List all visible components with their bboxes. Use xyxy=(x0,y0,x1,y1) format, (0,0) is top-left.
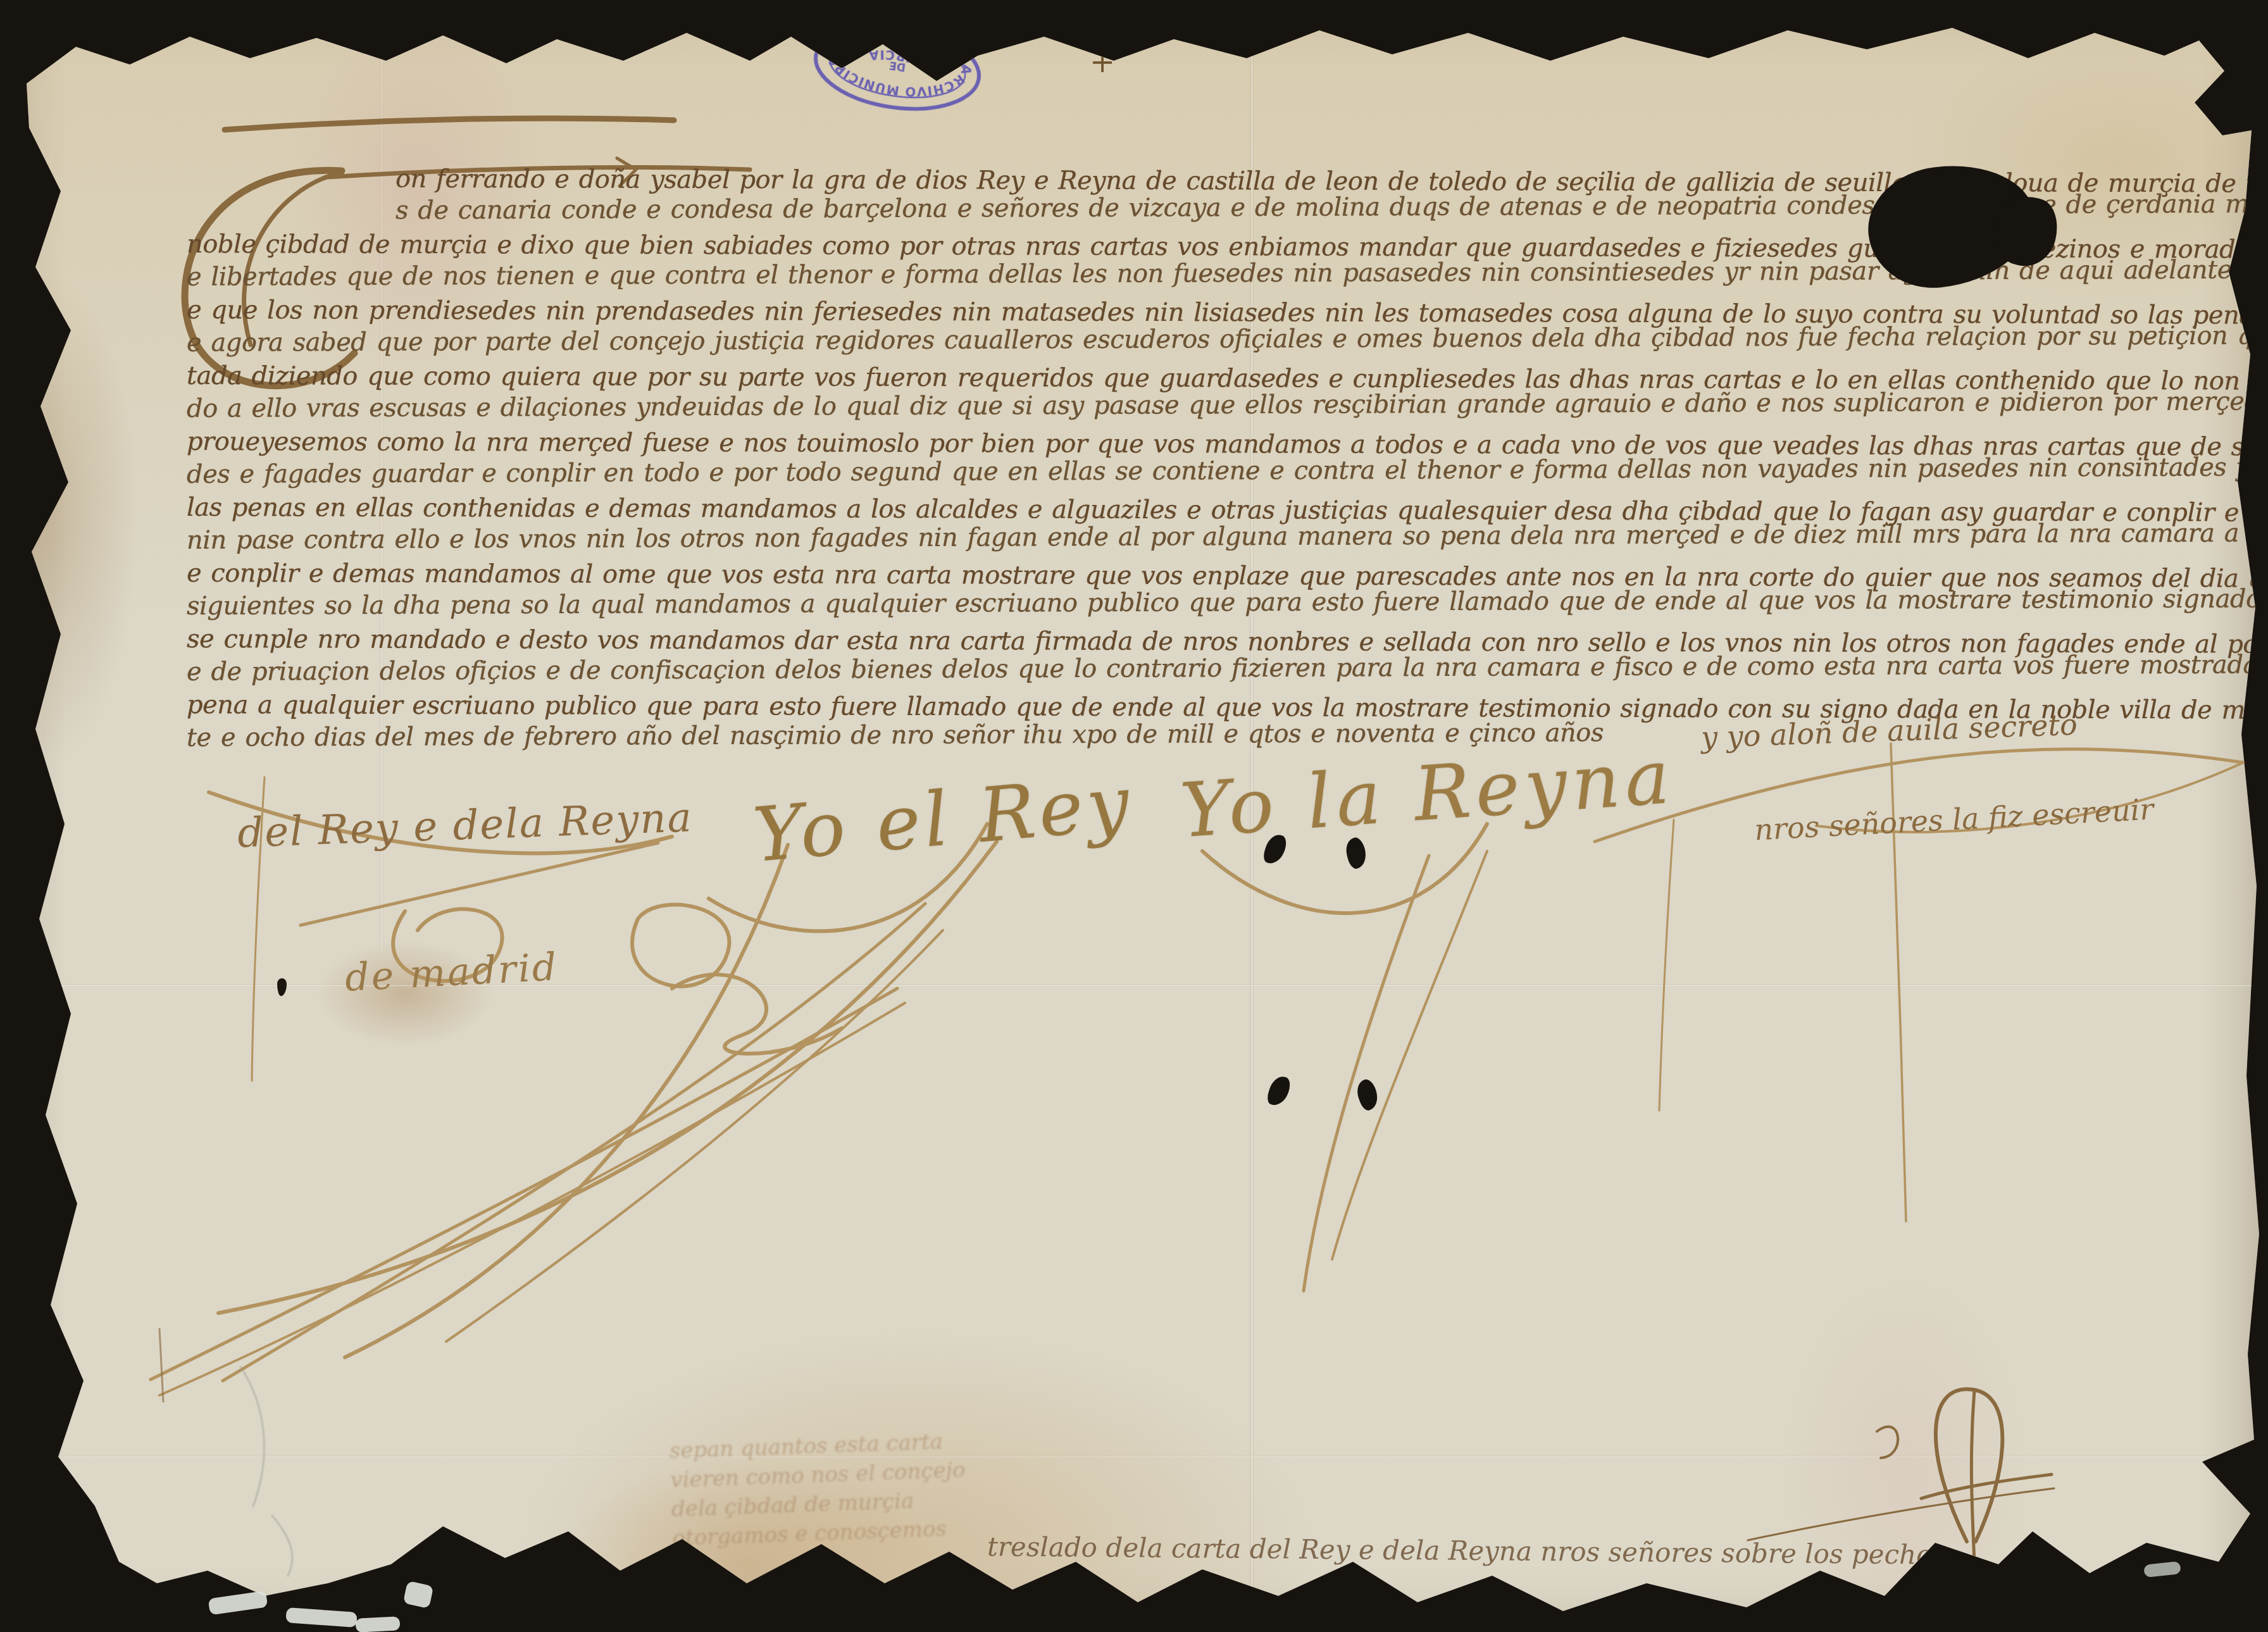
secretary-signature: de madrid xyxy=(344,945,559,1000)
seal-slit xyxy=(1265,1074,1292,1109)
paper-fibre xyxy=(285,1607,357,1628)
manuscript-line: siguientes so la dha pena so la qual man… xyxy=(187,583,2264,623)
parchment-sheet: sepan quantos esta carta vieren como nos… xyxy=(0,0,2268,1632)
manuscript-line: e agora sabed que por parte del conçejo … xyxy=(187,320,2264,359)
archive-stamp: ARCHIVO MUNICIPAL DE MURCIA xyxy=(806,11,989,123)
cross-mark: + xyxy=(1090,44,1115,80)
paper-fibre xyxy=(208,1591,268,1616)
header-flourish-stroke xyxy=(225,118,674,130)
paraph-mark xyxy=(1748,1389,2054,1562)
paper-fibre xyxy=(403,1581,434,1609)
ink-drop-hole xyxy=(277,978,287,996)
manuscript-line: nin pase contra ello e los vnos nin los … xyxy=(187,517,2264,557)
archive-stamp-oval: ARCHIVO MUNICIPAL DE MURCIA xyxy=(806,11,989,123)
king-signature: Yo el Rey xyxy=(750,759,1136,879)
paper-fibre xyxy=(2143,1561,2181,1578)
manuscript-date-line: te e ocho dias del mes de febrero año de… xyxy=(187,716,1617,754)
lower-fold-crease xyxy=(0,1455,2268,1459)
scanned-document-photo: sepan quantos esta carta vieren como nos… xyxy=(0,0,2268,1632)
margin-note: del Rey e dela Reyna xyxy=(237,794,694,857)
horizontal-fold-crease xyxy=(0,984,2268,987)
manuscript-line: do a ello vras escusas e dilaçiones ynde… xyxy=(187,385,2264,425)
stamp-text-top: ARCHIVO MUNICIPAL xyxy=(817,44,975,109)
manuscript-line: e de priuaçion delos ofiçios e de confis… xyxy=(187,649,2264,688)
docket-line: treslado dela carta del Rey e dela Reyna… xyxy=(987,1531,1936,1570)
paper-fibre xyxy=(355,1616,400,1632)
notary-attestation-line2: nros señores la fiz escreuir xyxy=(1754,792,2155,847)
seal-slit xyxy=(1354,1077,1382,1112)
svg-text:ARCHIVO MUNICIPAL: ARCHIVO MUNICIPAL xyxy=(817,44,975,109)
manuscript-line: des e fagades guardar e conplir en todo … xyxy=(187,451,2264,491)
